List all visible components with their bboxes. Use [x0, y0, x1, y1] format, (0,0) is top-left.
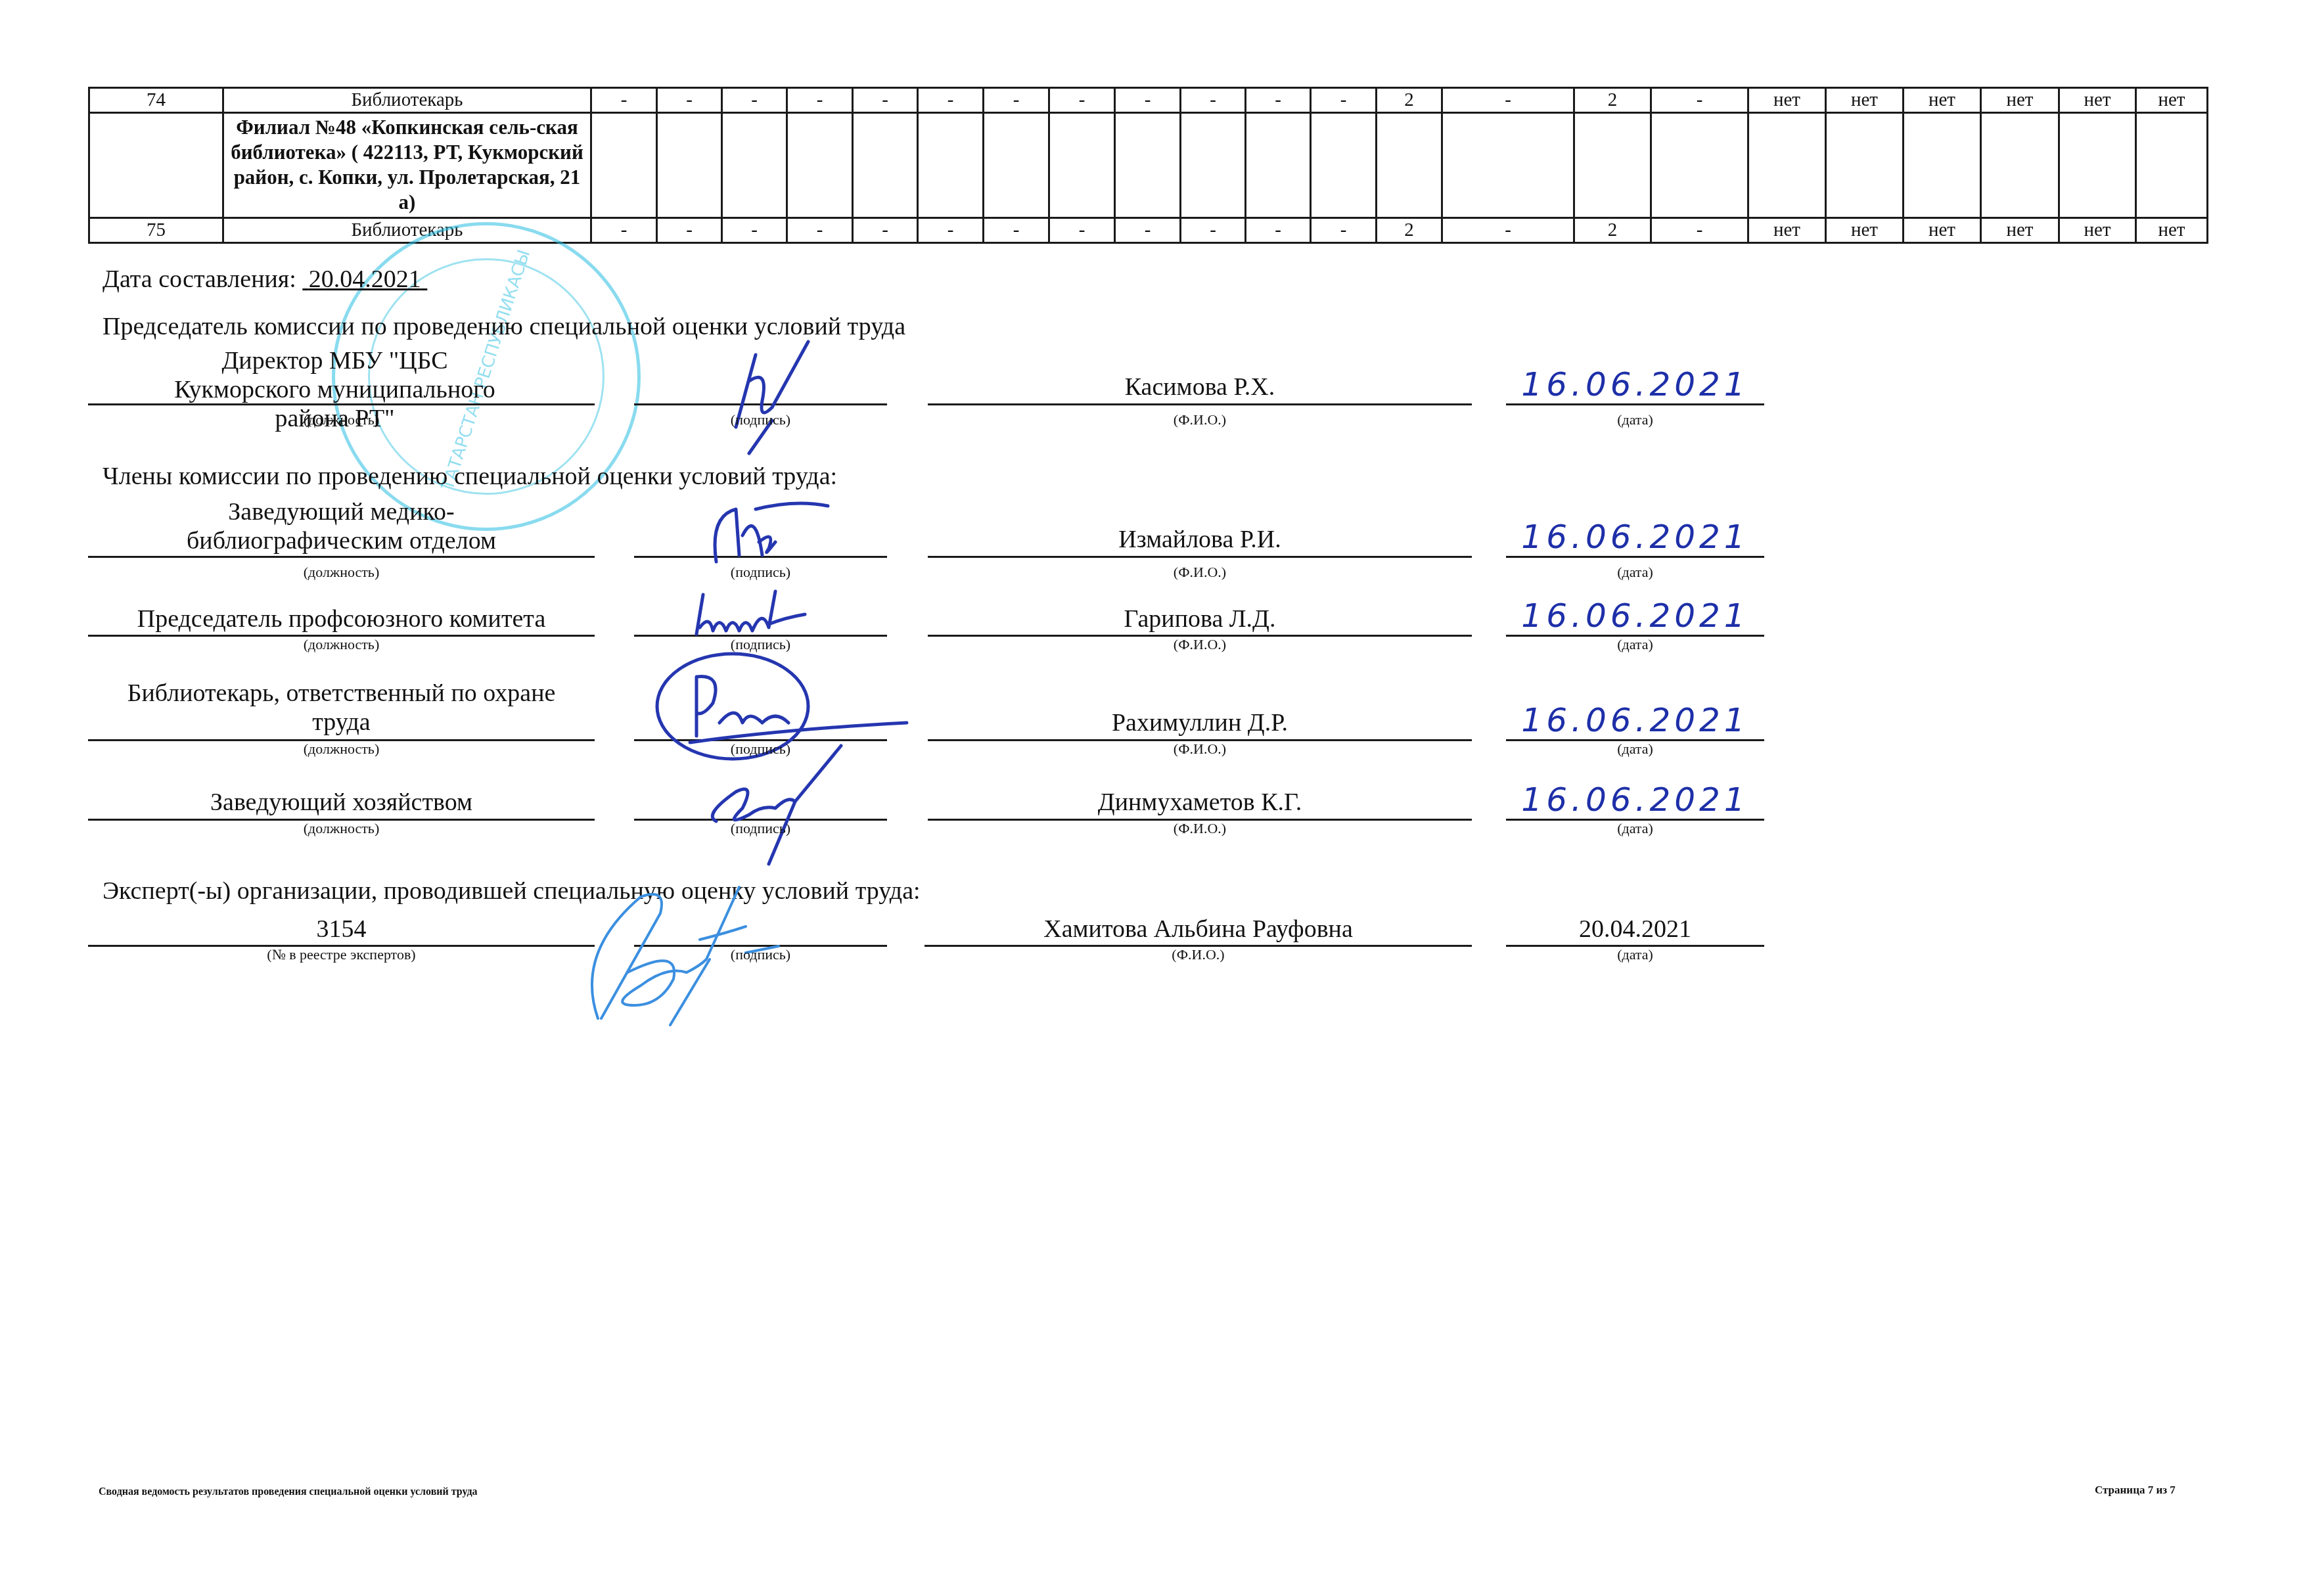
table-cell — [2136, 112, 2208, 217]
table-cell: - — [1049, 217, 1115, 242]
table-cell: - — [984, 217, 1049, 242]
table-row: 75Библиотекарь------------2-2-нетнетнетн… — [89, 217, 2208, 242]
caption-fio: (Ф.И.О.) — [928, 411, 1472, 428]
member-2-signed-date: 16.06.2021 — [1506, 597, 1764, 635]
table-cell — [657, 112, 722, 217]
table-cell — [1442, 112, 1574, 217]
compiled-date-row: Дата составления: 20.04.2021 — [103, 265, 427, 294]
chairman-heading: Председатель комиссии по проведению спец… — [103, 312, 905, 341]
table-cell: 2 — [1377, 88, 1442, 113]
fio-line — [928, 403, 1472, 405]
caption-fio: (Ф.И.О.) — [928, 564, 1472, 581]
position-name: Библиотекарь — [223, 217, 591, 242]
member-2-position: Председатель профсоюзного комитета — [88, 604, 595, 633]
table-cell — [2059, 112, 2136, 217]
caption-date: (дата) — [1506, 820, 1764, 837]
row-number: 75 — [89, 217, 223, 242]
table-branch-row: Филиал №48 «Копкинская сель-ская библиот… — [89, 112, 2208, 217]
expert-date: 20.04.2021 — [1506, 915, 1764, 944]
chairman-name: Касимова Р.Х. — [928, 373, 1472, 401]
caption-signature: (подпись) — [634, 946, 887, 963]
table-cell: - — [1651, 88, 1748, 113]
table-cell: - — [1246, 88, 1311, 113]
member-4-signature — [696, 742, 848, 867]
footer-page-number: Страница 7 из 7 — [2095, 1484, 2176, 1497]
caption-position: (должность) — [88, 636, 595, 653]
table-cell — [1311, 112, 1377, 217]
member-1-name: Измайлова Р.И. — [928, 525, 1472, 554]
table-cell — [918, 112, 984, 217]
member-1-signed-date: 16.06.2021 — [1506, 518, 1764, 556]
position-line — [88, 556, 595, 558]
caption-fio: (Ф.И.О.) — [924, 946, 1472, 963]
table-cell: нет — [1748, 217, 1826, 242]
table-cell: - — [657, 88, 722, 113]
table-cell — [1115, 112, 1181, 217]
table-cell: нет — [2059, 88, 2136, 113]
caption-position: (должность) — [88, 564, 595, 581]
table-cell: 2 — [1574, 217, 1651, 242]
caption-fio: (Ф.И.О.) — [928, 820, 1472, 837]
table-cell: - — [591, 88, 657, 113]
table-row: 74Библиотекарь------------2-2-нетнетнетн… — [89, 88, 2208, 113]
caption-signature: (подпись) — [634, 564, 887, 581]
caption-date: (дата) — [1506, 946, 1764, 963]
table-cell — [1904, 112, 1981, 217]
table-cell — [984, 112, 1049, 217]
table-cell: - — [853, 88, 918, 113]
expert-name: Хамитова Альбина Рауфовна — [924, 915, 1472, 944]
table-cell: 2 — [1377, 217, 1442, 242]
member-2-name: Гарипова Л.Д. — [928, 604, 1472, 633]
row-number: 74 — [89, 88, 223, 113]
table-cell: - — [918, 88, 984, 113]
table-cell — [1651, 112, 1748, 217]
compiled-date-label: Дата составления: — [103, 265, 296, 293]
member-3-name: Рахимуллин Д.Р. — [928, 708, 1472, 737]
results-table: 74Библиотекарь------------2-2-нетнетнетн… — [88, 87, 2208, 244]
position-line — [88, 403, 595, 405]
caption-position: (должность) — [88, 411, 595, 428]
member-3-signed-date: 16.06.2021 — [1506, 701, 1764, 739]
table-cell — [1377, 112, 1442, 217]
table-cell — [1246, 112, 1311, 217]
caption-date: (дата) — [1506, 741, 1764, 758]
member-4-position: Заведующий хозяйством — [88, 788, 595, 817]
table-cell: нет — [1904, 217, 1981, 242]
table-cell: нет — [1826, 88, 1904, 113]
table-cell — [722, 112, 787, 217]
row-number — [89, 112, 223, 217]
table-cell: нет — [1826, 217, 1904, 242]
table-cell: - — [1651, 217, 1748, 242]
table-cell: - — [853, 217, 918, 242]
table-cell: - — [1442, 217, 1574, 242]
table-cell: - — [984, 88, 1049, 113]
table-cell — [853, 112, 918, 217]
table-cell: - — [1442, 88, 1574, 113]
fio-line — [928, 556, 1472, 558]
caption-fio: (Ф.И.О.) — [928, 636, 1472, 653]
table-cell: - — [1246, 217, 1311, 242]
table-cell: нет — [1981, 217, 2059, 242]
table-cell: - — [1311, 217, 1377, 242]
member-4-signed-date: 16.06.2021 — [1506, 781, 1764, 819]
date-line — [1506, 403, 1764, 405]
member-1-position: Заведующий медико-библиографическим отде… — [88, 497, 595, 555]
table-cell — [1049, 112, 1115, 217]
date-line — [1506, 556, 1764, 558]
table-cell: нет — [2059, 217, 2136, 242]
branch-name: Филиал №48 «Копкинская сель-ская библиот… — [223, 112, 591, 217]
table-cell: нет — [1981, 88, 2059, 113]
table-cell: нет — [1904, 88, 1981, 113]
table-cell: 2 — [1574, 88, 1651, 113]
table-cell: - — [1181, 217, 1246, 242]
caption-signature: (подпись) — [634, 411, 887, 428]
caption-position: (должность) — [88, 820, 595, 837]
table-cell: - — [722, 88, 787, 113]
table-cell — [1826, 112, 1904, 217]
caption-date: (дата) — [1506, 564, 1764, 581]
table-cell — [1181, 112, 1246, 217]
table-cell: - — [591, 217, 657, 242]
table-cell — [1748, 112, 1826, 217]
table-cell: - — [1181, 88, 1246, 113]
table-cell: нет — [1748, 88, 1826, 113]
table-cell: - — [1311, 88, 1377, 113]
table-cell: - — [1115, 217, 1181, 242]
table-cell: - — [722, 217, 787, 242]
caption-date: (дата) — [1506, 411, 1764, 428]
table-cell: нет — [2136, 217, 2208, 242]
table-cell: нет — [2136, 88, 2208, 113]
table-cell: - — [1115, 88, 1181, 113]
members-heading: Члены комиссии по проведению специальной… — [103, 462, 837, 491]
table-cell — [787, 112, 853, 217]
table-cell: - — [1049, 88, 1115, 113]
caption-fio: (Ф.И.О.) — [928, 741, 1472, 758]
table-cell: - — [787, 217, 853, 242]
table-cell — [1981, 112, 2059, 217]
expert-registry-number: 3154 — [88, 915, 595, 944]
position-name: Библиотекарь — [223, 88, 591, 113]
table-cell: - — [657, 217, 722, 242]
caption-date: (дата) — [1506, 636, 1764, 653]
member-3-position: Библиотекарь, ответственный по охране тр… — [88, 679, 595, 737]
caption-registry: (№ в реестре экспертов) — [88, 946, 595, 963]
compiled-date-value: 20.04.2021 — [302, 265, 427, 293]
table-cell: - — [787, 88, 853, 113]
member-4-name: Динмухаметов К.Г. — [928, 788, 1472, 817]
chairman-signed-date: 16.06.2021 — [1506, 365, 1764, 403]
table-cell — [1574, 112, 1651, 217]
caption-position: (должность) — [88, 741, 595, 758]
footer-document-title: Сводная ведомость результатов проведения… — [99, 1486, 478, 1498]
table-cell: - — [918, 217, 984, 242]
caption-signature: (подпись) — [634, 820, 887, 837]
table-cell — [591, 112, 657, 217]
chairman-signature — [710, 342, 828, 460]
